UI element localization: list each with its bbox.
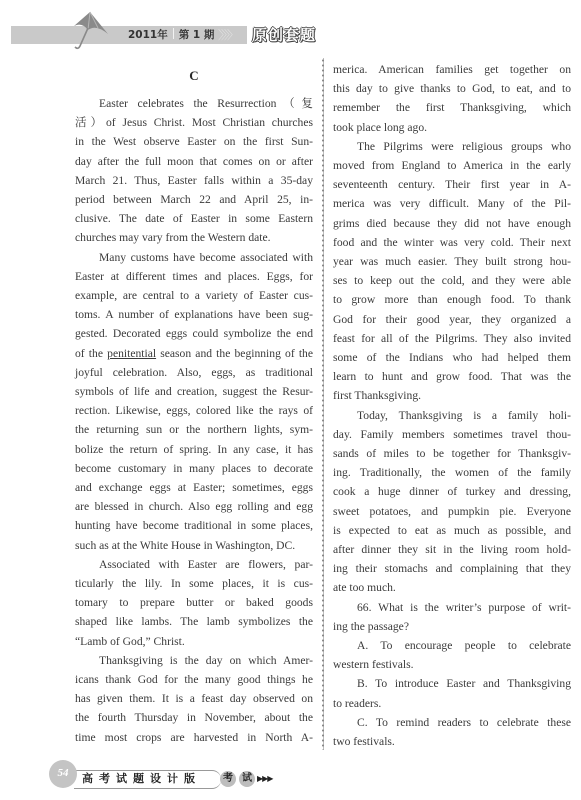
text-line: day. Family members sometimes travel tho… xyxy=(333,425,571,444)
text-line: are blessed in church. Also egg rolling … xyxy=(75,497,313,516)
kao-badge: 考 xyxy=(220,771,236,787)
text-line: God for their good year, they organized … xyxy=(333,310,571,329)
arrows-icon: ▶▶▶ xyxy=(257,770,272,787)
text-line: grims died because they did not have eno… xyxy=(333,214,571,233)
text-line: symbols of life and creation, suggest th… xyxy=(75,382,313,401)
text-line: the fourth Thursday in November, about t… xyxy=(75,708,313,727)
text-line: bolize the return of spring. In any case… xyxy=(75,440,313,459)
text-line: ate too much. xyxy=(333,578,571,597)
page-header: 2011年第 1 期 〉〉〉〉 原创套题 xyxy=(0,0,581,55)
option-a: western festivals. xyxy=(333,655,571,674)
text-line: tomary to prepare butter or baked goods xyxy=(75,593,313,612)
issue-year: 2011年 xyxy=(128,29,168,41)
text-line: to grow more than enough food. To thank xyxy=(333,290,571,309)
text-line: year was much easier. They built strong … xyxy=(333,252,571,271)
page-number: 54 xyxy=(49,760,77,788)
text-line: The Pilgrims were religious groups who xyxy=(333,137,571,156)
text-line: cook a huge dinner of turkey and dressin… xyxy=(333,482,571,501)
text-line: Easter at different times and places. Eg… xyxy=(75,267,313,286)
issue-separator xyxy=(173,28,174,39)
section-title: 原创套题 xyxy=(252,24,316,46)
text-line: rection. Likewise, eggs, colored like th… xyxy=(75,401,313,420)
text-line: Today, Thanksgiving is a family holi- xyxy=(333,406,571,425)
text-line: took place long ago. xyxy=(333,118,571,137)
option-c: C. To remind readers to celebrate these xyxy=(333,713,571,732)
text-line: ing. Traditionally, the women of the fam… xyxy=(333,463,571,482)
text-line: hunting have become traditional in some … xyxy=(75,516,313,535)
question-66-stem: ing the passage? xyxy=(333,617,571,636)
text-line: period between March 22 and April 25, in… xyxy=(75,190,313,209)
option-a: A. To encourage people to celebrate xyxy=(333,636,571,655)
text-line: ticularly the lily. In some places, it i… xyxy=(75,574,313,593)
text-line: feast for all of the Pilgrims. They also… xyxy=(333,329,571,348)
text-line: this day to give thanks to God, to eat, … xyxy=(333,79,571,98)
text-line: sweet potatoes, and pumpkin pie. Everyon… xyxy=(333,502,571,521)
option-b: to readers. xyxy=(333,694,571,713)
text-line: learn to hunt and grow food. That was th… xyxy=(333,367,571,386)
text-line: and exchange eggs at Easter; sometimes, … xyxy=(75,478,313,497)
passage-label: C xyxy=(75,68,313,84)
text-line: has given them. It is a feast day observ… xyxy=(75,689,313,708)
text-line: seventeenth century. Their first year in… xyxy=(333,175,571,194)
text-line: example, are central to a variety of Eas… xyxy=(75,286,313,305)
text-line: time most crops are harvested in North A… xyxy=(75,728,313,747)
text-line: 活）of Jesus Christ. Most Christian church… xyxy=(75,113,313,132)
text-segment: season and the beginning of the xyxy=(156,347,313,360)
text-line: shaped like lambs. The lamb symbolizes t… xyxy=(75,612,313,631)
text-line: Easter celebrates the Resurrection（复 xyxy=(75,94,313,113)
text-line: the returning sun or the northern lights… xyxy=(75,420,313,439)
underlined-word-penitential: penitential xyxy=(107,347,156,360)
text-line: ses to keep out the cold, and they were … xyxy=(333,271,571,290)
text-line: in the West observe Easter on the first … xyxy=(75,132,313,151)
text-line: churches may vary from the Western date. xyxy=(75,228,313,247)
option-b: B. To introduce Easter and Thanksgiving xyxy=(333,674,571,693)
text-line: remember the first Thanksgiving, which xyxy=(333,98,571,117)
text-line: Associated with Easter are flowers, par- xyxy=(75,555,313,574)
text-line: gested. Decorated eggs could symbolize t… xyxy=(75,324,313,343)
text-line: “Lamb of God,” Christ. xyxy=(75,632,313,651)
text-line: food and the winter was very cold. Their… xyxy=(333,233,571,252)
text-line: clusive. The date of Easter in some East… xyxy=(75,209,313,228)
text-line: moved from England to America in the ear… xyxy=(333,156,571,175)
issue-number: 第 1 期 xyxy=(179,29,215,41)
page-footer: 54 高考试题设计版 考 试 ▶▶▶ xyxy=(0,755,581,800)
text-line: merica was very difficult. Many of the P… xyxy=(333,194,571,213)
text-line: merica. American families get together o… xyxy=(333,60,571,79)
text-line: joyful celebration. Also, eggs, as tradi… xyxy=(75,363,313,382)
text-line: icans thank God for the many good things… xyxy=(75,670,313,689)
column-divider-dots xyxy=(321,58,325,750)
option-c: two festivals. xyxy=(333,732,571,751)
text-line: first Thanksgiving. xyxy=(333,386,571,405)
text-line: some of the Indians who had helped them xyxy=(333,348,571,367)
text-line: become customary in many places to decor… xyxy=(75,459,313,478)
umbrella-icon xyxy=(70,10,112,50)
shi-badge: 试 xyxy=(239,771,255,787)
text-line: day after the full moon that comes on or… xyxy=(75,152,313,171)
text-line: toms. A number of explanations have been… xyxy=(75,305,313,324)
chevrons-icon: 〉〉〉〉 xyxy=(218,26,236,44)
text-line: of the penitential season and the beginn… xyxy=(75,344,313,363)
text-line: Thanksgiving is the day on which Amer- xyxy=(75,651,313,670)
text-segment: of the xyxy=(75,347,107,360)
publication-name: 高考试题设计版 xyxy=(82,770,201,787)
text-line: such as at the White House in Washington… xyxy=(75,536,313,555)
text-line: ing their stomachs and complaining that … xyxy=(333,559,571,578)
text-line: after dinner they sit in the living room… xyxy=(333,540,571,559)
text-line: Many customs have become associated with xyxy=(75,248,313,267)
text-line: March 21. Thus, Easter falls within a 35… xyxy=(75,171,313,190)
text-line: sands of miles to be together for Thanks… xyxy=(333,444,571,463)
question-66-stem: 66. What is the writer’s purpose of writ… xyxy=(333,598,571,617)
text-line: is expected to eat as much as possible, … xyxy=(333,521,571,540)
issue-label: 2011年第 1 期 xyxy=(128,26,214,44)
